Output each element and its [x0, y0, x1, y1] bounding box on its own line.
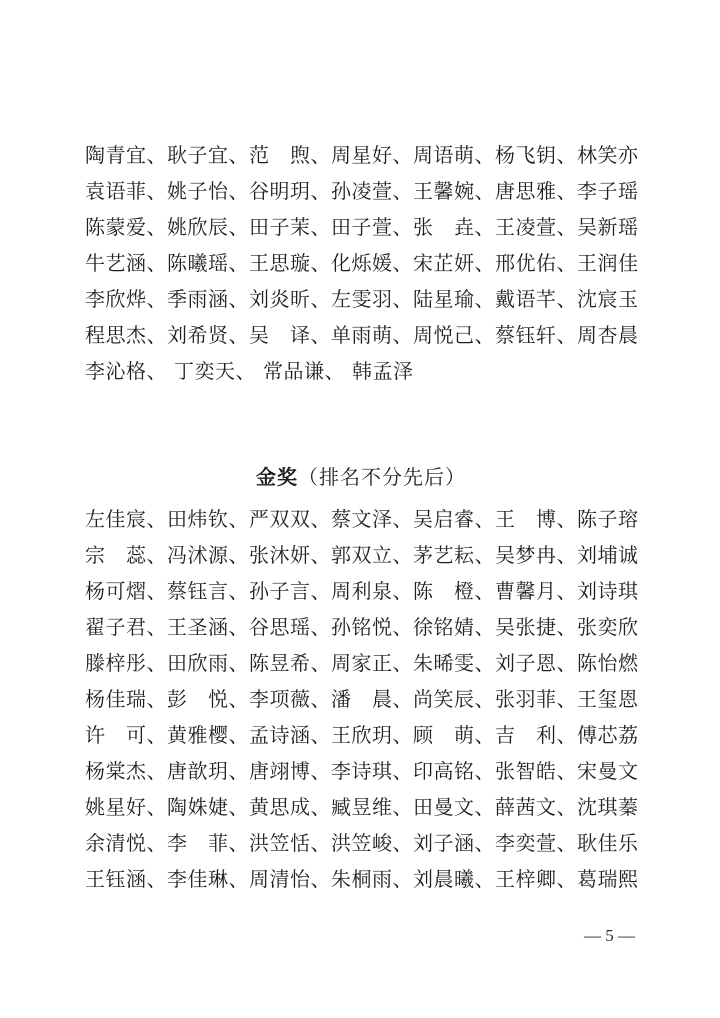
person-name: 陈怡燃: [577, 646, 639, 682]
person-name: 唐翊博、: [249, 754, 331, 790]
person-name: 李沁格、: [85, 354, 167, 390]
person-name: 杨飞钥、: [495, 138, 577, 174]
person-name: 谷明玥、: [249, 174, 331, 210]
person-name: 陈 橙、: [413, 574, 495, 610]
person-name: 姚欣辰、: [167, 210, 249, 246]
person-name: 陈蒙爱、: [85, 210, 167, 246]
person-name: 王 博、: [495, 502, 577, 538]
person-name: 吴张捷、: [495, 610, 577, 646]
person-name: 宗 蕊、: [85, 538, 167, 574]
person-name: 王凌萱、: [495, 210, 577, 246]
document-page: 陶青宜、耿子宜、范 煦、周星好、周语萌、杨飞钥、林笑亦袁语菲、姚子怡、谷明玥、孙…: [0, 0, 720, 1018]
person-name: 王馨婉、: [413, 174, 495, 210]
person-name: 周星好、: [331, 138, 413, 174]
person-name: 周利泉、: [331, 574, 413, 610]
person-name: 朱晞雯、: [413, 646, 495, 682]
person-name: 宋曼文: [577, 754, 639, 790]
person-name: 张羽菲、: [495, 682, 577, 718]
person-name: 姚星好、: [85, 790, 167, 826]
person-name: 吴启睿、: [413, 502, 495, 538]
person-name: 李诗琪、: [331, 754, 413, 790]
person-name: 曹馨月、: [495, 574, 577, 610]
person-name: 刘诗琪: [577, 574, 639, 610]
person-name: 刘晨曦、: [413, 862, 495, 898]
person-name: 王欣玥、: [331, 718, 413, 754]
person-name: 邢优佑、: [495, 246, 577, 282]
person-name: 周家正、: [331, 646, 413, 682]
person-name: 李佳琳、: [167, 862, 249, 898]
person-name: 洪笠峻、: [331, 826, 413, 862]
person-name: 唐歆玥、: [167, 754, 249, 790]
person-name: 孙子言、: [249, 574, 331, 610]
name-line: 许 可、黄雅樱、孟诗涵、王欣玥、顾 萌、吉 利、傅芯荔: [85, 718, 637, 754]
person-name: 程思杰、: [85, 318, 167, 354]
name-line: 杨可熠、蔡钰言、孙子言、周利泉、陈 橙、曹馨月、刘诗琪: [85, 574, 637, 610]
person-name: 刘子恩、: [495, 646, 577, 682]
person-name: 季雨涵、: [167, 282, 249, 318]
person-name: 沈宸玉: [577, 282, 639, 318]
person-name: 左雯羽、: [331, 282, 413, 318]
person-name: 孟诗涵、: [249, 718, 331, 754]
person-name: 常品谦、: [263, 354, 345, 390]
person-name: 徐铭婧、: [413, 610, 495, 646]
person-name: 冯沭源、: [167, 538, 249, 574]
name-line: 翟子君、王圣涵、谷思瑶、孙铭悦、徐铭婧、吴张捷、张奕欣: [85, 610, 637, 646]
person-name: 许 可、: [85, 718, 167, 754]
person-name: 陶姝婕、: [167, 790, 249, 826]
person-name: 李奕萱、: [495, 826, 577, 862]
person-name: 宋芷妍、: [413, 246, 495, 282]
person-name: 王思璇、: [249, 246, 331, 282]
page-number: — 5 —: [584, 926, 635, 945]
name-line: 袁语菲、姚子怡、谷明玥、孙凌萱、王馨婉、唐思雅、李子瑶: [85, 174, 637, 210]
person-name: 蔡钰轩、: [495, 318, 577, 354]
person-name: 王圣涵、: [167, 610, 249, 646]
person-name: 茅艺耘、: [413, 538, 495, 574]
person-name: 王润佳: [577, 246, 639, 282]
person-name: 陈昱希、: [249, 646, 331, 682]
person-name: 蔡钰言、: [167, 574, 249, 610]
name-list-gold-award: 左佳宸、田炜钦、严双双、蔡文泽、吴启睿、王 博、陈子瑢宗 蕊、冯沭源、张沐妍、郭…: [85, 502, 637, 898]
person-name: 沈琪蓁: [577, 790, 639, 826]
person-name: 刘希贤、: [167, 318, 249, 354]
person-name: 左佳宸、: [85, 502, 167, 538]
person-name: 吴新瑶: [577, 210, 639, 246]
person-name: 范 煦、: [249, 138, 331, 174]
person-name: 陶青宜、: [85, 138, 167, 174]
person-name: 袁语菲、: [85, 174, 167, 210]
person-name: 张沐妍、: [249, 538, 331, 574]
person-name: 李 菲、: [167, 826, 249, 862]
name-list-top: 陶青宜、耿子宜、范 煦、周星好、周语萌、杨飞钥、林笑亦袁语菲、姚子怡、谷明玥、孙…: [85, 138, 637, 390]
person-name: 吴 译、: [249, 318, 331, 354]
name-line: 余清悦、李 菲、洪笠恬、洪笠峻、刘子涵、李奕萱、耿佳乐: [85, 826, 637, 862]
person-name: 吴梦冉、: [495, 538, 577, 574]
name-line: 姚星好、陶姝婕、黄思成、臧昱维、田曼文、薛茜文、沈琪蓁: [85, 790, 637, 826]
person-name: 丁奕天、: [174, 354, 256, 390]
person-name: 李项薇、: [249, 682, 331, 718]
name-line: 左佳宸、田炜钦、严双双、蔡文泽、吴启睿、王 博、陈子瑢: [85, 502, 637, 538]
person-name: 张智皓、: [495, 754, 577, 790]
person-name: 王玺恩: [577, 682, 639, 718]
person-name: 潘 晨、: [331, 682, 413, 718]
person-name: 田曼文、: [413, 790, 495, 826]
name-line: 程思杰、刘希贤、吴 译、单雨萌、周悦己、蔡钰轩、周杏晨: [85, 318, 637, 354]
name-line: 杨棠杰、唐歆玥、唐翊博、李诗琪、印高铭、张智皓、宋曼文: [85, 754, 637, 790]
person-name: 谷思瑶、: [249, 610, 331, 646]
person-name: 林笑亦: [577, 138, 639, 174]
person-name: 臧昱维、: [331, 790, 413, 826]
person-name: 印高铭、: [413, 754, 495, 790]
name-line: 宗 蕊、冯沭源、张沐妍、郭双立、茅艺耘、吴梦冉、刘埔诚: [85, 538, 637, 574]
person-name: 杨棠杰、: [85, 754, 167, 790]
name-line: 陈蒙爱、姚欣辰、田子茉、田子萱、张 垚、王凌萱、吴新瑶: [85, 210, 637, 246]
person-name: 顾 萌、: [413, 718, 495, 754]
name-line: 杨佳瑞、彭 悦、李项薇、潘 晨、尚笑辰、张羽菲、王玺恩: [85, 682, 637, 718]
person-name: 周杏晨: [577, 318, 639, 354]
person-name: 刘炎昕、: [249, 282, 331, 318]
name-line: 牛艺涵、陈曦瑶、王思璇、化烁媛、宋芷妍、邢优佑、王润佳: [85, 246, 637, 282]
person-name: 戴语芊、: [495, 282, 577, 318]
person-name: 葛瑞熙: [577, 862, 639, 898]
person-name: 张 垚、: [413, 210, 495, 246]
person-name: 耿子宜、: [167, 138, 249, 174]
person-name: 黄思成、: [249, 790, 331, 826]
person-name: 洪笠恬、: [249, 826, 331, 862]
person-name: 周悦己、: [413, 318, 495, 354]
person-name: 黄雅樱、: [167, 718, 249, 754]
person-name: 王钰涵、: [85, 862, 167, 898]
person-name: 王梓卿、: [495, 862, 577, 898]
person-name: 田子茉、: [249, 210, 331, 246]
person-name: 陈子瑢: [577, 502, 639, 538]
person-name: 田子萱、: [331, 210, 413, 246]
person-name: 李欣烨、: [85, 282, 167, 318]
person-name: 郭双立、: [331, 538, 413, 574]
person-name: 陈曦瑶、: [167, 246, 249, 282]
person-name: 吉 利、: [495, 718, 577, 754]
section-title: 金奖: [256, 467, 298, 489]
person-name: 杨可熠、: [85, 574, 167, 610]
person-name: 田欣雨、: [167, 646, 249, 682]
person-name: 刘子涵、: [413, 826, 495, 862]
name-line: 陶青宜、耿子宜、范 煦、周星好、周语萌、杨飞钥、林笑亦: [85, 138, 637, 174]
person-name: 李子瑶: [577, 174, 639, 210]
person-name: 周语萌、: [413, 138, 495, 174]
person-name: 杨佳瑞、: [85, 682, 167, 718]
person-name: 尚笑辰、: [413, 682, 495, 718]
person-name: 余清悦、: [85, 826, 167, 862]
person-name: 单雨萌、: [331, 318, 413, 354]
person-name: 刘埔诚: [577, 538, 639, 574]
person-name: 傅芯荔: [577, 718, 639, 754]
person-name: 严双双、: [249, 502, 331, 538]
name-line: 李沁格、丁奕天、常品谦、韩孟泽: [85, 354, 637, 390]
person-name: 滕梓彤、: [85, 646, 167, 682]
page-footer: — 5 —: [85, 924, 637, 948]
section-heading: 金奖（排名不分先后）: [85, 460, 637, 496]
person-name: 彭 悦、: [167, 682, 249, 718]
person-name: 韩孟泽: [352, 354, 414, 390]
person-name: 牛艺涵、: [85, 246, 167, 282]
section-title-note: （排名不分先后）: [298, 467, 466, 489]
person-name: 孙凌萱、: [331, 174, 413, 210]
person-name: 周清怡、: [249, 862, 331, 898]
person-name: 田炜钦、: [167, 502, 249, 538]
person-name: 蔡文泽、: [331, 502, 413, 538]
person-name: 唐思雅、: [495, 174, 577, 210]
person-name: 朱桐雨、: [331, 862, 413, 898]
person-name: 翟子君、: [85, 610, 167, 646]
name-line: 滕梓彤、田欣雨、陈昱希、周家正、朱晞雯、刘子恩、陈怡燃: [85, 646, 637, 682]
person-name: 张奕欣: [577, 610, 639, 646]
person-name: 化烁媛、: [331, 246, 413, 282]
person-name: 姚子怡、: [167, 174, 249, 210]
name-line: 王钰涵、李佳琳、周清怡、朱桐雨、刘晨曦、王梓卿、葛瑞熙: [85, 862, 637, 898]
person-name: 耿佳乐: [577, 826, 639, 862]
person-name: 孙铭悦、: [331, 610, 413, 646]
person-name: 薛茜文、: [495, 790, 577, 826]
person-name: 陆星瑜、: [413, 282, 495, 318]
name-line: 李欣烨、季雨涵、刘炎昕、左雯羽、陆星瑜、戴语芊、沈宸玉: [85, 282, 637, 318]
